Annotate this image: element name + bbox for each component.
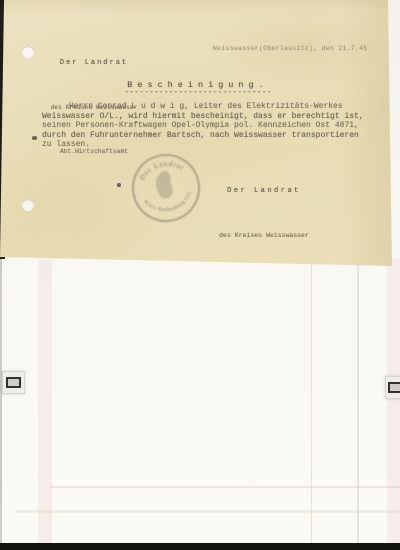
signature-line-3: Abt.-Wirtschaftsamt [210, 276, 318, 284]
album-vertical-line-2 [357, 259, 359, 550]
body-line: Herrn Conrad L u d w i g, Leiter des Ele… [42, 102, 382, 112]
letterhead-line-1: Der Landrat [36, 59, 152, 68]
signature-line-1: Der Landrat [210, 187, 318, 196]
document-body: Herrn Conrad L u d w i g, Leiter des Ele… [42, 102, 382, 150]
heading-underline: ------------------------------ [0, 88, 396, 97]
fastener-clip-left [2, 371, 25, 394]
album-horizontal-line-1 [50, 486, 400, 488]
fastener-slot-icon [6, 377, 21, 388]
album-strip-left [38, 259, 52, 550]
signature-block: Der Landrat des Kreises Weisswasser Abt.… [210, 151, 318, 321]
album-horizontal-line-2 [15, 510, 400, 513]
page-edge-black-bottom [0, 543, 400, 550]
fastener-slot-icon [388, 382, 400, 393]
body-line: durch den Fuhrunternehmer Bartsch, nach … [42, 131, 382, 141]
official-stamp: Der Landrat Kreis Rothenburg O/L. * [122, 144, 209, 231]
stamp-side-mark: * [133, 195, 137, 202]
dateline: Weisswasser(Oberlausitz), den 21.7.45 [213, 45, 368, 52]
fastener-clip-right [385, 376, 400, 399]
punch-hole-bottom [22, 199, 34, 211]
signature-line-2: des Kreises Weisswasser [210, 232, 318, 240]
body-line: zu lassen. [42, 140, 382, 150]
body-line: Weisswasser O/L., wird hiermit bescheini… [42, 112, 382, 122]
archival-photo: Der Landrat des Kreises Weisswasser Abt.… [0, 0, 400, 550]
certificate-document: Der Landrat des Kreises Weisswasser Abt.… [0, 0, 396, 266]
album-strip-right [387, 259, 400, 550]
page-edge-gray-left [0, 259, 2, 543]
eagle-emblem [153, 170, 175, 200]
punch-hole-top [22, 46, 34, 58]
body-line: seinen Personen-Kraftwagen Opel-Olympia … [42, 121, 382, 131]
album-vertical-line-1 [311, 259, 312, 550]
